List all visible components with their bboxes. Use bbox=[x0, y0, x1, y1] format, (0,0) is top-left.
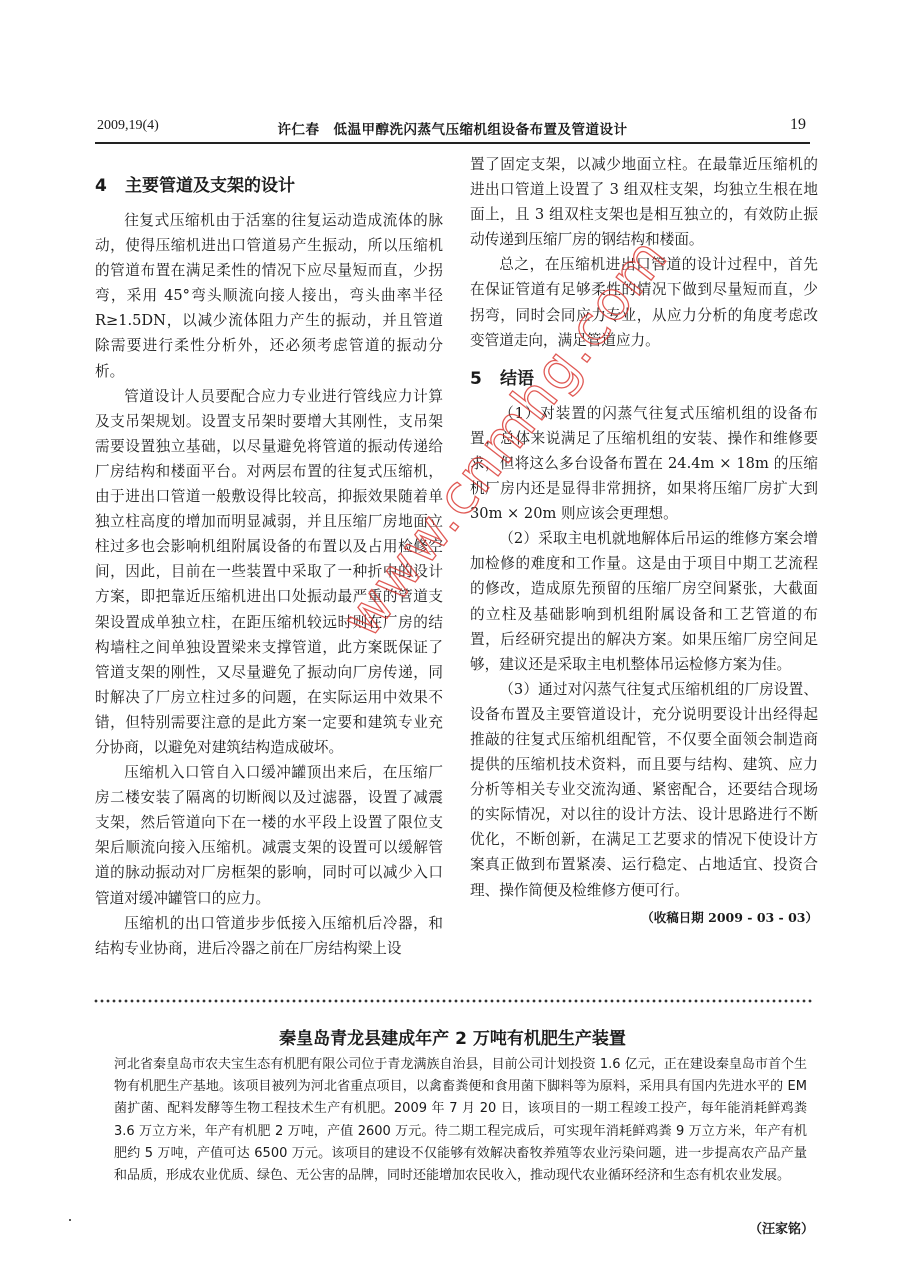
conclusion-item: （3）通过对闪蒸气往复式压缩机组的厂房设置、设备布置及主要管道设计，充分说明要设… bbox=[470, 677, 818, 903]
scan-speck bbox=[69, 1219, 71, 1221]
section-heading-4: 4主要管道及支架的设计 bbox=[95, 172, 443, 200]
right-column: 置了固定支架，以减少地面立柱。在最靠近压缩机的进出口管道上设置了 3 组双柱支架… bbox=[470, 152, 818, 930]
section-title: 结语 bbox=[500, 369, 534, 389]
conclusion-item: （1）对装置的闪蒸气往复式压缩机组的设备布置，总体来说满足了压缩机组的安装、操作… bbox=[470, 401, 818, 526]
paragraph: 总之，在压缩机进出口管道的设计过程中，首先在保证管道有足够柔性的情况下做到尽量短… bbox=[470, 252, 818, 352]
section-title: 主要管道及支架的设计 bbox=[125, 176, 295, 196]
paragraph-continued: 置了固定支架，以减少地面立柱。在最靠近压缩机的进出口管道上设置了 3 组双柱支架… bbox=[470, 152, 818, 252]
paragraph: 管道设计人员要配合应力专业进行管线应力计算及支吊架规划。设置支吊架时要增大其刚性… bbox=[95, 384, 443, 760]
paragraph: 压缩机入口管自入口缓冲罐顶出来后，在压缩厂房二楼安装了隔离的切断阀以及过滤器，设… bbox=[95, 760, 443, 911]
page-number: 19 bbox=[790, 116, 806, 134]
running-header: 2009,19(4) 许仁春 低温甲醇洗闪蒸气压缩机组设备布置及管道设计 19 bbox=[95, 116, 810, 144]
paragraph: 压缩机的出口管道步步低接入压缩机后冷器，和结构专业协商，进后冷器之前在厂房结构梁… bbox=[95, 911, 443, 961]
section-heading-5: 5结语 bbox=[470, 365, 818, 393]
received-date: （收稿日期 2009 - 03 - 03） bbox=[470, 905, 818, 930]
journal-page: 2009,19(4) 许仁春 低温甲醇洗闪蒸气压缩机组设备布置及管道设计 19 … bbox=[0, 0, 904, 1262]
news-author: （汪家铭） bbox=[749, 1218, 814, 1237]
article-running-title: 许仁春 低温甲醇洗闪蒸气压缩机组设备布置及管道设计 bbox=[95, 118, 810, 138]
ornamental-divider bbox=[93, 998, 813, 1004]
section-number: 5 bbox=[470, 365, 500, 393]
section-number: 4 bbox=[95, 172, 125, 200]
news-paragraph: 河北省秦皇岛市农夫宝生态有机肥有限公司位于青龙满族自治县，目前公司计划投资 1.… bbox=[114, 1054, 807, 1187]
news-body: 河北省秦皇岛市农夫宝生态有机肥有限公司位于青龙满族自治县，目前公司计划投资 1.… bbox=[114, 1054, 807, 1187]
conclusion-item: （2）采取主电机就地解体后吊运的维修方案会增加检修的难度和工作量。这是由于项目中… bbox=[470, 526, 818, 677]
left-column: 4主要管道及支架的设计 往复式压缩机由于活塞的往复运动造成流体的脉动，使得压缩机… bbox=[95, 160, 443, 961]
paragraph: 往复式压缩机由于活塞的往复运动造成流体的脉动，使得压缩机进出口管道易产生振动，所… bbox=[95, 208, 443, 384]
news-title: 秦皇岛青龙县建成年产 2 万吨有机肥生产装置 bbox=[95, 1024, 810, 1049]
